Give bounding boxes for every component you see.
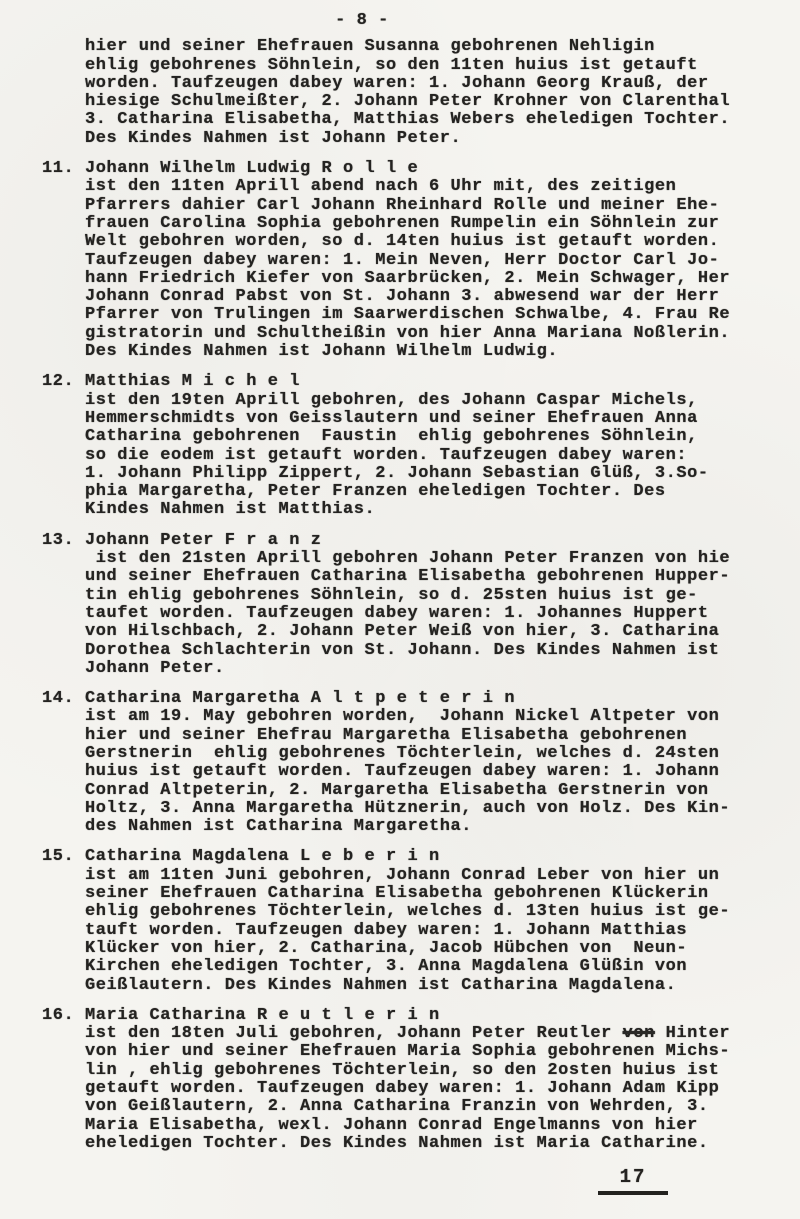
entry-title: Johann Peter F r a n z xyxy=(85,532,800,550)
entry-line: Des Kindes Nahmen ist Johann Wilhelm Lud… xyxy=(85,343,800,361)
entry-line: taufet worden. Taufzeugen dabey waren: 1… xyxy=(85,605,800,623)
entry-line: phia Margaretha, Peter Franzen eheledige… xyxy=(85,483,800,501)
entry-number: 13. xyxy=(42,532,74,550)
page-content: - 8 - hier und seiner Ehefrauen Susanna … xyxy=(0,0,800,1153)
entry-line: getauft worden. Taufzeugen dabey waren: … xyxy=(85,1080,800,1098)
entry-title: Catharina Margaretha A l t p e t e r i n xyxy=(85,690,800,708)
entry: 15.Catharina Magdalena L e b e r i nist … xyxy=(42,848,800,994)
footer-page-number: 17 xyxy=(598,1166,668,1195)
text-line: hier und seiner Ehefrauen Susanna gebohr… xyxy=(85,38,800,56)
page-header-number: - 8 - xyxy=(42,12,682,30)
entry: 13.Johann Peter F r a n z ist den 21sten… xyxy=(42,532,800,678)
entry-title: Matthias M i c h e l xyxy=(85,373,800,391)
entry-line: tauft worden. Taufzeugen dabey waren: 1.… xyxy=(85,922,800,940)
entry-line: ist den 19ten Aprill gebohren, des Johan… xyxy=(85,392,800,410)
entry-line: Johann Conrad Pabst von St. Johann 3. ab… xyxy=(85,288,800,306)
entry-line: von Hilschbach, 2. Johann Peter Weiß von… xyxy=(85,623,800,641)
entry-line: ehlig gebohrenes Töchterlein, welches d.… xyxy=(85,903,800,921)
entry-title: Maria Catharina R e u t l e r i n xyxy=(85,1007,800,1025)
text-line: worden. Taufzeugen dabey waren: 1. Johan… xyxy=(85,75,800,93)
entries: 11.Johann Wilhelm Ludwig R o l l eist de… xyxy=(42,160,800,1153)
entry-line: Pfarrer von Trulingen im Saarwerdischen … xyxy=(85,306,800,324)
entry-title: Catharina Magdalena L e b e r i n xyxy=(85,848,800,866)
entry-number: 11. xyxy=(42,160,74,178)
entry-line: seiner Ehefrauen Catharina Elisabetha ge… xyxy=(85,885,800,903)
entry-line: und seiner Ehefrauen Catharina Elisabeth… xyxy=(85,568,800,586)
entry-line: ist den 21sten Aprill gebohren Johann Pe… xyxy=(85,550,800,568)
entry-line: Maria Elisabetha, wexl. Johann Conrad En… xyxy=(85,1117,800,1135)
text-line: 3. Catharina Elisabetha, Matthias Webers… xyxy=(85,111,800,129)
entry-body: Maria Catharina R e u t l e r i nist den… xyxy=(85,1007,800,1153)
entry-line: ist am 19. May gebohren worden, Johann N… xyxy=(85,708,800,726)
text-line: Des Kindes Nahmen ist Johann Peter. xyxy=(85,130,800,148)
entry-body: Johann Wilhelm Ludwig R o l l eist den 1… xyxy=(85,160,800,361)
entry-line: frauen Carolina Sophia gebohrenen Rumpel… xyxy=(85,215,800,233)
entry-line: Klücker von hier, 2. Catharina, Jacob Hü… xyxy=(85,940,800,958)
entry-line: ist den 18ten Juli gebohren, Johann Pete… xyxy=(85,1025,800,1043)
entry-line: Hemmerschmidts von Geisslautern und sein… xyxy=(85,410,800,428)
entry-body: Catharina Margaretha A l t p e t e r i n… xyxy=(85,690,800,836)
entry-line: ist am 11ten Juni gebohren, Johann Conra… xyxy=(85,867,800,885)
document-page: - 8 - hier und seiner Ehefrauen Susanna … xyxy=(0,0,800,1219)
text-line: hiesige Schulmeißter, 2. Johann Peter Kr… xyxy=(85,93,800,111)
entry-line: hier und seiner Ehefrau Margaretha Elisa… xyxy=(85,727,800,745)
entry-line: Taufzeugen dabey waren: 1. Mein Neven, H… xyxy=(85,252,800,270)
entry-line: des Nahmen ist Catharina Margaretha. xyxy=(85,818,800,836)
entry-line: von hier und seiner Ehefrauen Maria Soph… xyxy=(85,1043,800,1061)
entry-body: Johann Peter F r a n z ist den 21sten Ap… xyxy=(85,532,800,678)
entry-line: 1. Johann Philipp Zippert, 2. Johann Seb… xyxy=(85,465,800,483)
entry-body: Matthias M i c h e list den 19ten Aprill… xyxy=(85,373,800,519)
intro-paragraph: hier und seiner Ehefrauen Susanna gebohr… xyxy=(85,38,800,148)
entry-line: Pfarrers dahier Carl Johann Rheinhard Ro… xyxy=(85,197,800,215)
entry-line: lin , ehlig gebohrenes Töchterlein, so d… xyxy=(85,1062,800,1080)
entry: 11.Johann Wilhelm Ludwig R o l l eist de… xyxy=(42,160,800,361)
entry-line: eheledigen Tochter. Des Kindes Nahmen is… xyxy=(85,1135,800,1153)
entry-line: Conrad Altpeterin, 2. Margaretha Elisabe… xyxy=(85,782,800,800)
entry: 12.Matthias M i c h e list den 19ten Apr… xyxy=(42,373,800,519)
entry-line: Geißlautern. Des Kindes Nahmen ist Catha… xyxy=(85,977,800,995)
entry-line: hann Friedrich Kiefer von Saarbrücken, 2… xyxy=(85,270,800,288)
entry-line: gistratorin und Schultheißin von hier An… xyxy=(85,325,800,343)
entry-title: Johann Wilhelm Ludwig R o l l e xyxy=(85,160,800,178)
entry-line: Kirchen eheledigen Tochter, 3. Anna Magd… xyxy=(85,958,800,976)
entry-line: huius ist getauft worden. Taufzeugen dab… xyxy=(85,763,800,781)
entry: 14.Catharina Margaretha A l t p e t e r … xyxy=(42,690,800,836)
entry-line: von Geißlautern, 2. Anna Catharina Franz… xyxy=(85,1098,800,1116)
entry-line: ist den 11ten Aprill abend nach 6 Uhr mi… xyxy=(85,178,800,196)
entry-number: 16. xyxy=(42,1007,74,1025)
entry-line: Catharina gebohrenen Faustin ehlig geboh… xyxy=(85,428,800,446)
entry-line: Dorothea Schlachterin von St. Johann. De… xyxy=(85,642,800,660)
entry-number: 12. xyxy=(42,373,74,391)
entry-line: tin ehlig gebohrenes Söhnlein, so d. 25s… xyxy=(85,587,800,605)
entry-line: Welt gebohren worden, so d. 14ten huius … xyxy=(85,233,800,251)
entry-line: Holtz, 3. Anna Margaretha Hütznerin, auc… xyxy=(85,800,800,818)
entry-line: Gerstnerin ehlig gebohrenes Töchterlein,… xyxy=(85,745,800,763)
entry-line: Johann Peter. xyxy=(85,660,800,678)
text-line: ehlig gebohrenes Söhnlein, so den 11ten … xyxy=(85,57,800,75)
entry-body: Catharina Magdalena L e b e r i nist am … xyxy=(85,848,800,994)
entry-line: Kindes Nahmen ist Matthias. xyxy=(85,501,800,519)
entry-number: 15. xyxy=(42,848,74,866)
entry-line: so die eodem ist getauft worden. Taufzeu… xyxy=(85,447,800,465)
entry: 16.Maria Catharina R e u t l e r i nist … xyxy=(42,1007,800,1153)
entry-number: 14. xyxy=(42,690,74,708)
